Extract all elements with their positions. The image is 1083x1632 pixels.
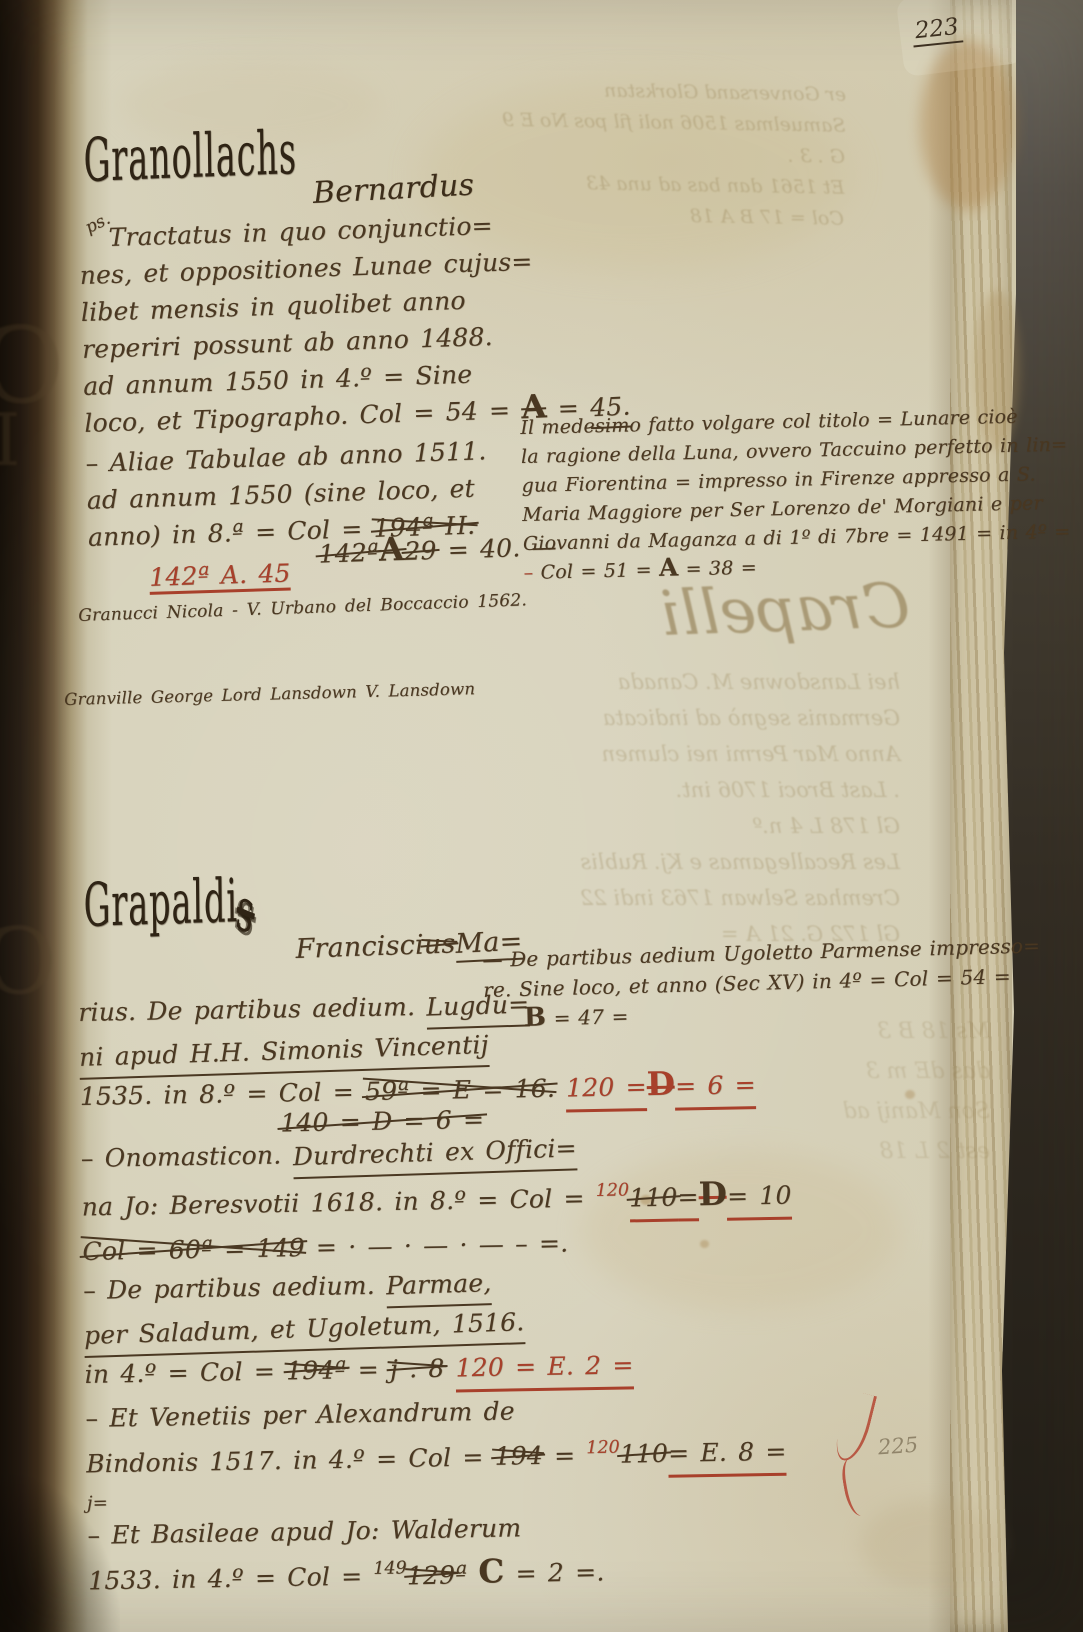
text-line: Anno Mar Permi nei clumen (470, 736, 900, 772)
cross-reference-granville: Granville George Lord Lansdown V. Lansdo… (64, 679, 475, 709)
text-line: Bindonis 1517. in 4.º = Col = 194 = 1201… (86, 1428, 607, 1488)
folio-number-top: 223 (911, 13, 964, 47)
bleedthrough-text-middle: hei Lansdowne M. CanadaGermanis segnò ad… (470, 664, 900, 952)
text-line: est 2 L 18 (560, 1132, 990, 1172)
cross-reference-granucci: Granucci Nicola - V. Urbano del Boccacci… (78, 590, 527, 626)
text-line: 1533. in 4.º = Col = 149129ª C = 2 =. (88, 1546, 609, 1601)
entry-heading-grapaldi: Grapaldis (83, 867, 256, 941)
background-right (1000, 0, 1083, 1632)
text-line: Germanis segnò ad indicata (470, 700, 900, 736)
red-crayon-mark (832, 1390, 877, 1465)
text-line: hei Lansdowne M. Canada (470, 664, 900, 700)
italian-annotation-granollachs: Il medesimo fatto volgare col titolo = L… (520, 403, 1014, 588)
text-line: Les Recallegamas e Kj. Rublis (470, 844, 900, 880)
page-edge-stack (950, 0, 1012, 1632)
bleedthrough-edge-letter: I (0, 398, 20, 482)
heading-text: Grapaldi (83, 867, 238, 941)
right-annotation-grapaldi: — De partibus aedium Ugoletto Parmense i… (482, 931, 1014, 1035)
text-line: Cremhas Selwan 1763 indi 22 (470, 880, 900, 916)
text-line: Gl 178 L 4 n.º (470, 808, 900, 844)
stain (580, 1150, 900, 1310)
entry-body-grapaldi: rius. De partibus aedium. Lugdu=ni apud … (78, 984, 609, 1600)
text-line: . Last Broci 1706 int. (470, 772, 900, 808)
manuscript-page: er Gonversand GlorkstanSamuelmas 1506 no… (0, 0, 1083, 1632)
red-crayon-mark (839, 1456, 874, 1517)
text-line: na Jo: Beresvotii 1618. in 8.º = Col = 1… (81, 1172, 602, 1232)
bleedthrough-edge-letter: C (0, 908, 56, 1015)
stain (860, 1500, 1000, 1590)
page-crease (928, 0, 952, 1632)
entry-body-granollachs: Tractatus in quo conjunctio=nes, et oppo… (78, 205, 560, 597)
folio-number-bottom: 225 (877, 1433, 919, 1460)
entry-heading-granollachs: Granollachs (83, 119, 297, 196)
stain (700, 1240, 709, 1248)
